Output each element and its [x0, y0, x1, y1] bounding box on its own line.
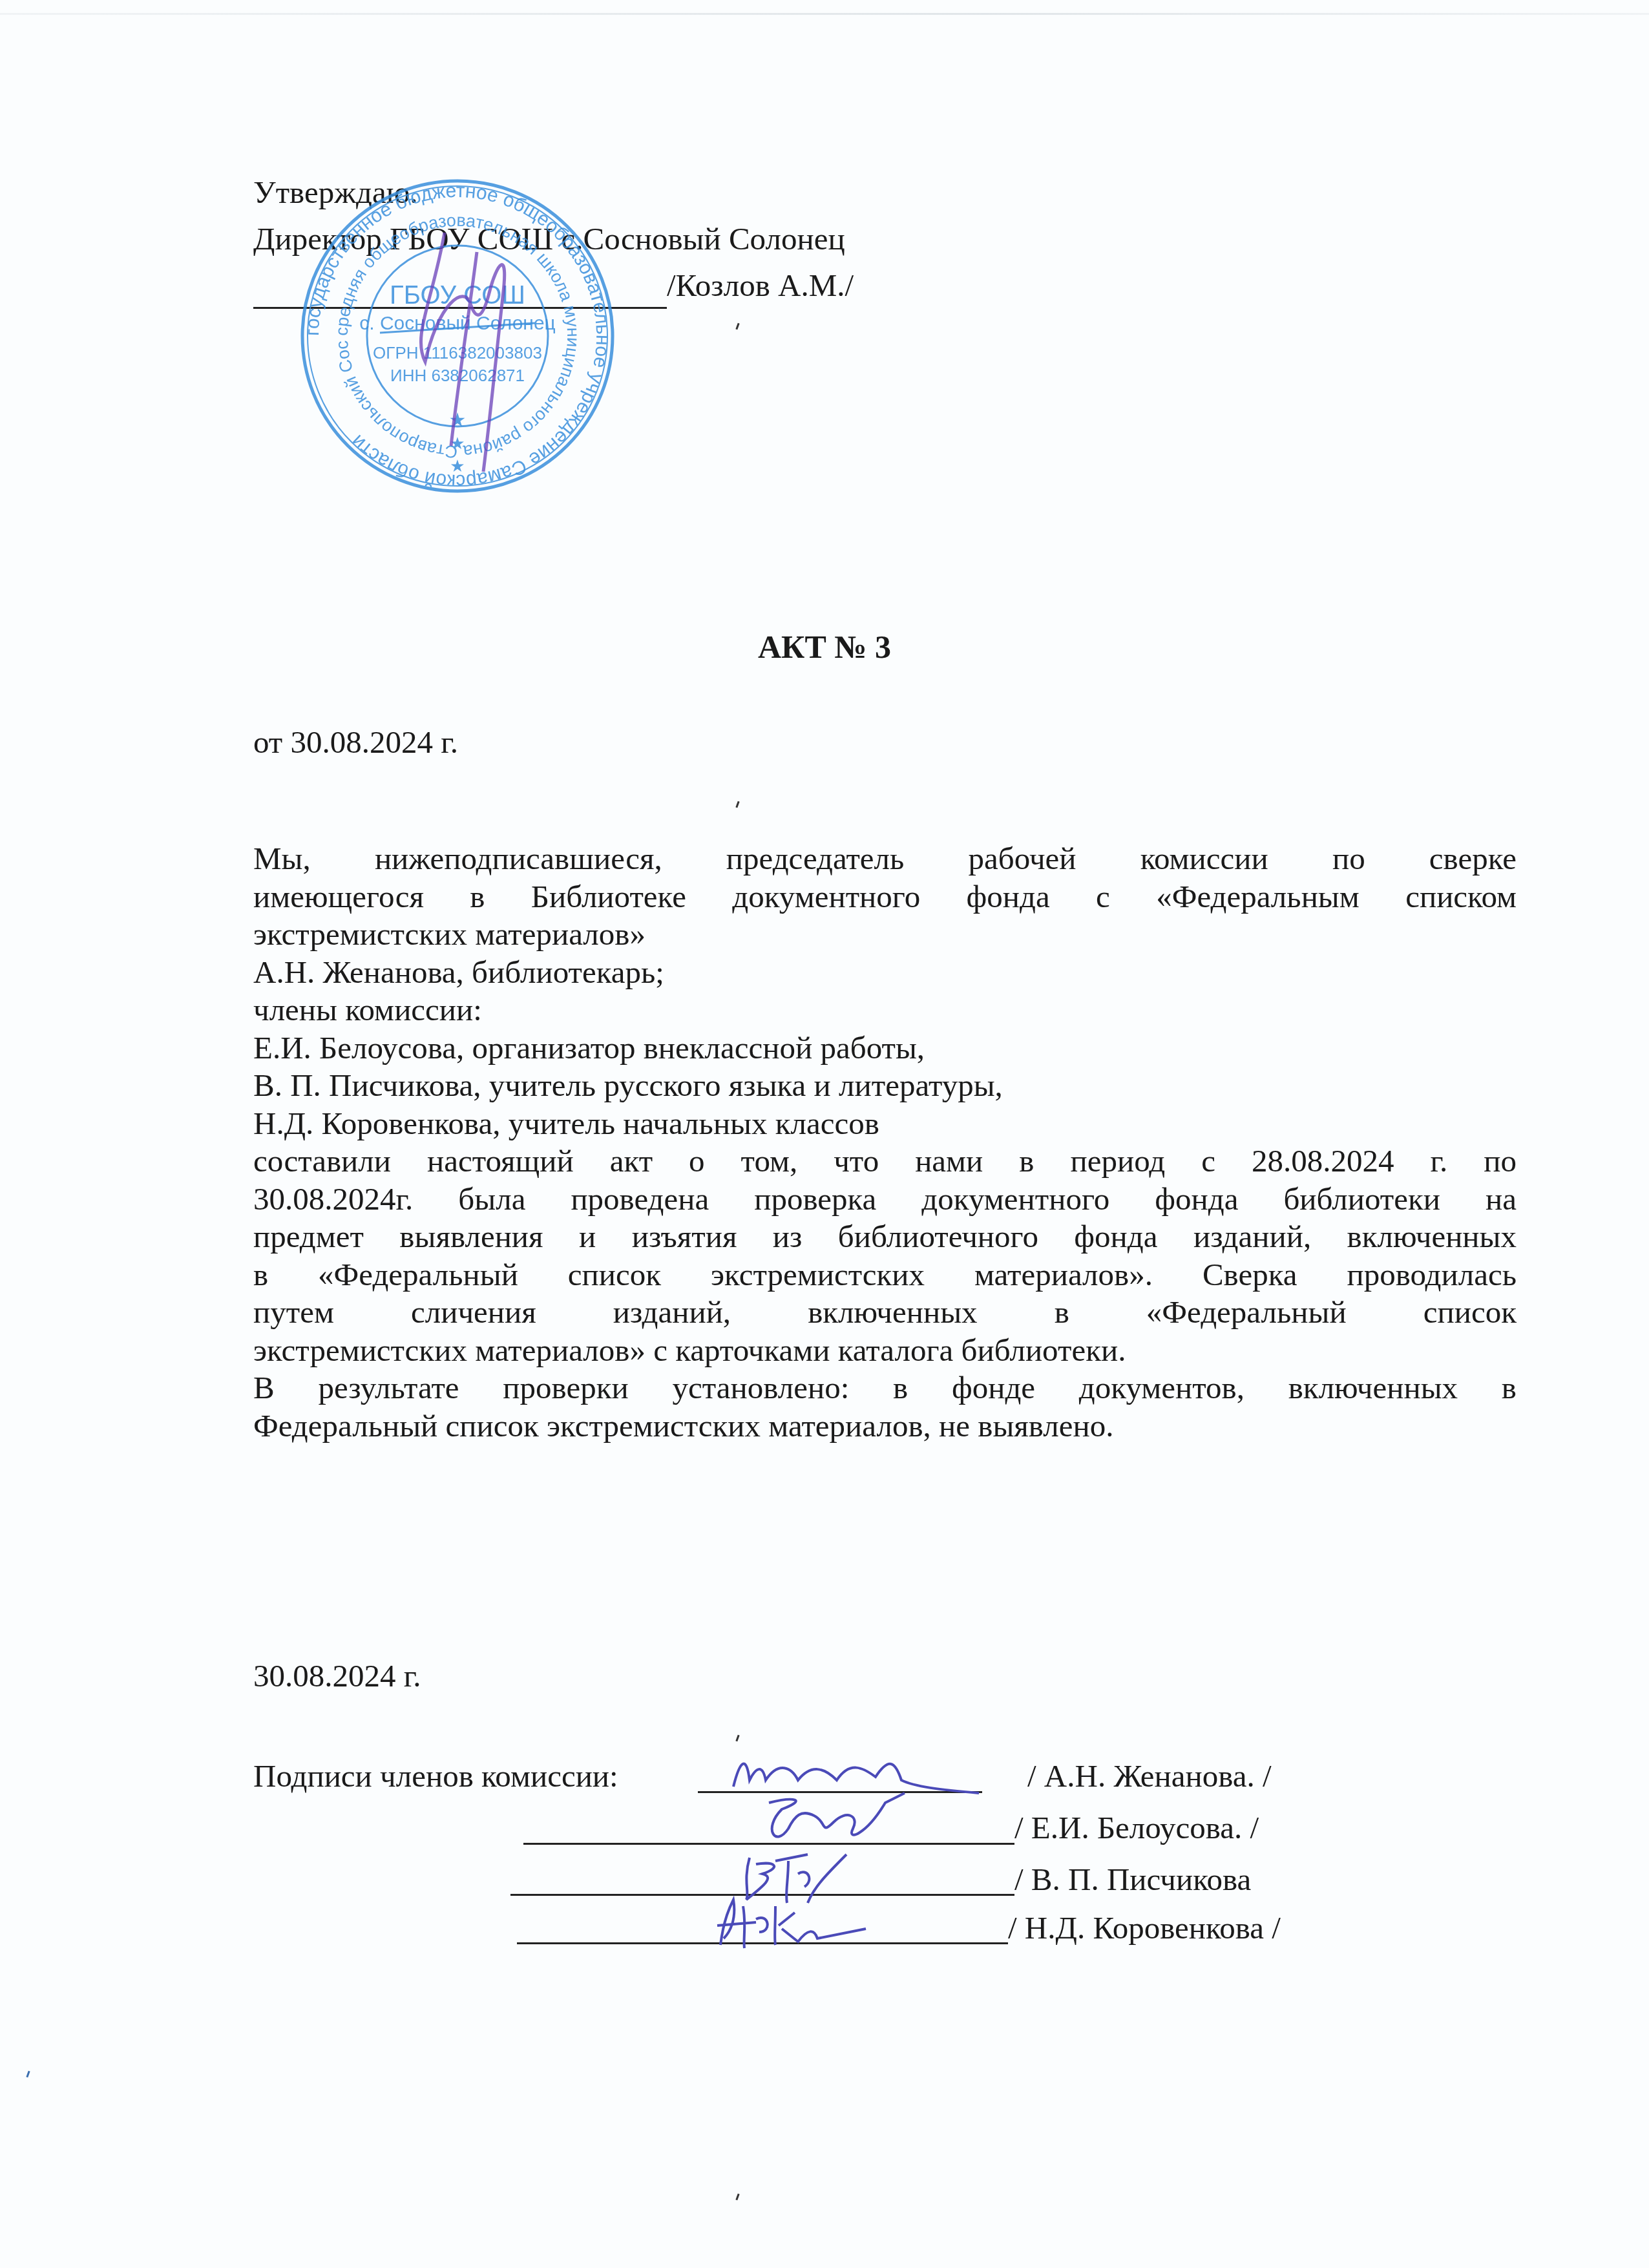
signatures-label: Подписи членов комиссии:	[253, 1758, 618, 1795]
member-name-4: / Н.Д. Коровенкова /	[1008, 1909, 1281, 1947]
scan-speck	[735, 1735, 739, 1741]
svg-text:ОГРН 1116382003803: ОГРН 1116382003803	[373, 343, 542, 362]
body-line: Федеральный список экстремистских матери…	[253, 1407, 1517, 1445]
body-line: имеющегося в Библиотеке документного фон…	[253, 878, 1517, 916]
svg-text:с. Сосновый Солонец: с. Сосновый Солонец	[359, 313, 556, 334]
svg-text:★: ★	[449, 410, 467, 431]
scan-speck	[26, 2071, 30, 2077]
body-line: В. П. Писчикова, учитель русского языка …	[253, 1067, 1517, 1105]
official-stamp: государственное бюджетное общеобразовате…	[296, 174, 619, 498]
svg-text:★: ★	[450, 456, 465, 476]
signature-2	[756, 1790, 911, 1848]
scan-edge	[0, 13, 1649, 15]
document-body: Мы, нижеподписавшиеся, председатель рабо…	[253, 840, 1517, 1445]
scan-speck	[735, 323, 739, 330]
body-line: предмет выявления и изъятия из библиотеч…	[253, 1218, 1517, 1256]
document-date: от 30.08.2024 г.	[253, 724, 458, 761]
body-line: в «Федеральный список экстремистских мат…	[253, 1256, 1517, 1294]
member-name-2: / Е.И. Белоусова. /	[1014, 1809, 1259, 1847]
end-date: 30.08.2024 г.	[253, 1657, 421, 1695]
signature-4	[711, 1893, 872, 1951]
document-page: Утверждаю. Директор ГБОУ СОШ с.Сосновый …	[0, 0, 1649, 2268]
body-line: составили настоящий акт о том, что нами …	[253, 1142, 1517, 1181]
body-line: Е.И. Белоусова, организатор внеклассной …	[253, 1029, 1517, 1067]
scan-speck	[735, 2194, 739, 2200]
body-line: А.Н. Женанова, библиотекарь;	[253, 954, 1517, 992]
document-title: АКТ № 3	[0, 628, 1649, 666]
body-line: экстремистских материалов»	[253, 916, 1517, 954]
member-name-3: / В. П. Писчикова	[1014, 1861, 1251, 1898]
member-name-1: / А.Н. Женанова. /	[1027, 1758, 1272, 1795]
body-line: путем сличения изданий, включенных в «Фе…	[253, 1294, 1517, 1332]
body-line: 30.08.2024г. была проведена проверка док…	[253, 1181, 1517, 1219]
body-line: Н.Д. Коровенкова, учитель начальных клас…	[253, 1105, 1517, 1143]
scan-speck	[735, 801, 739, 808]
body-line: члены комиссии:	[253, 991, 1517, 1029]
body-line: В результате проверки установлено: в фон…	[253, 1369, 1517, 1407]
body-line: Мы, нижеподписавшиеся, председатель рабо…	[253, 840, 1517, 878]
body-line: экстремистских материалов» с карточками …	[253, 1332, 1517, 1370]
director-name: /Козлов А.М./	[667, 268, 854, 303]
